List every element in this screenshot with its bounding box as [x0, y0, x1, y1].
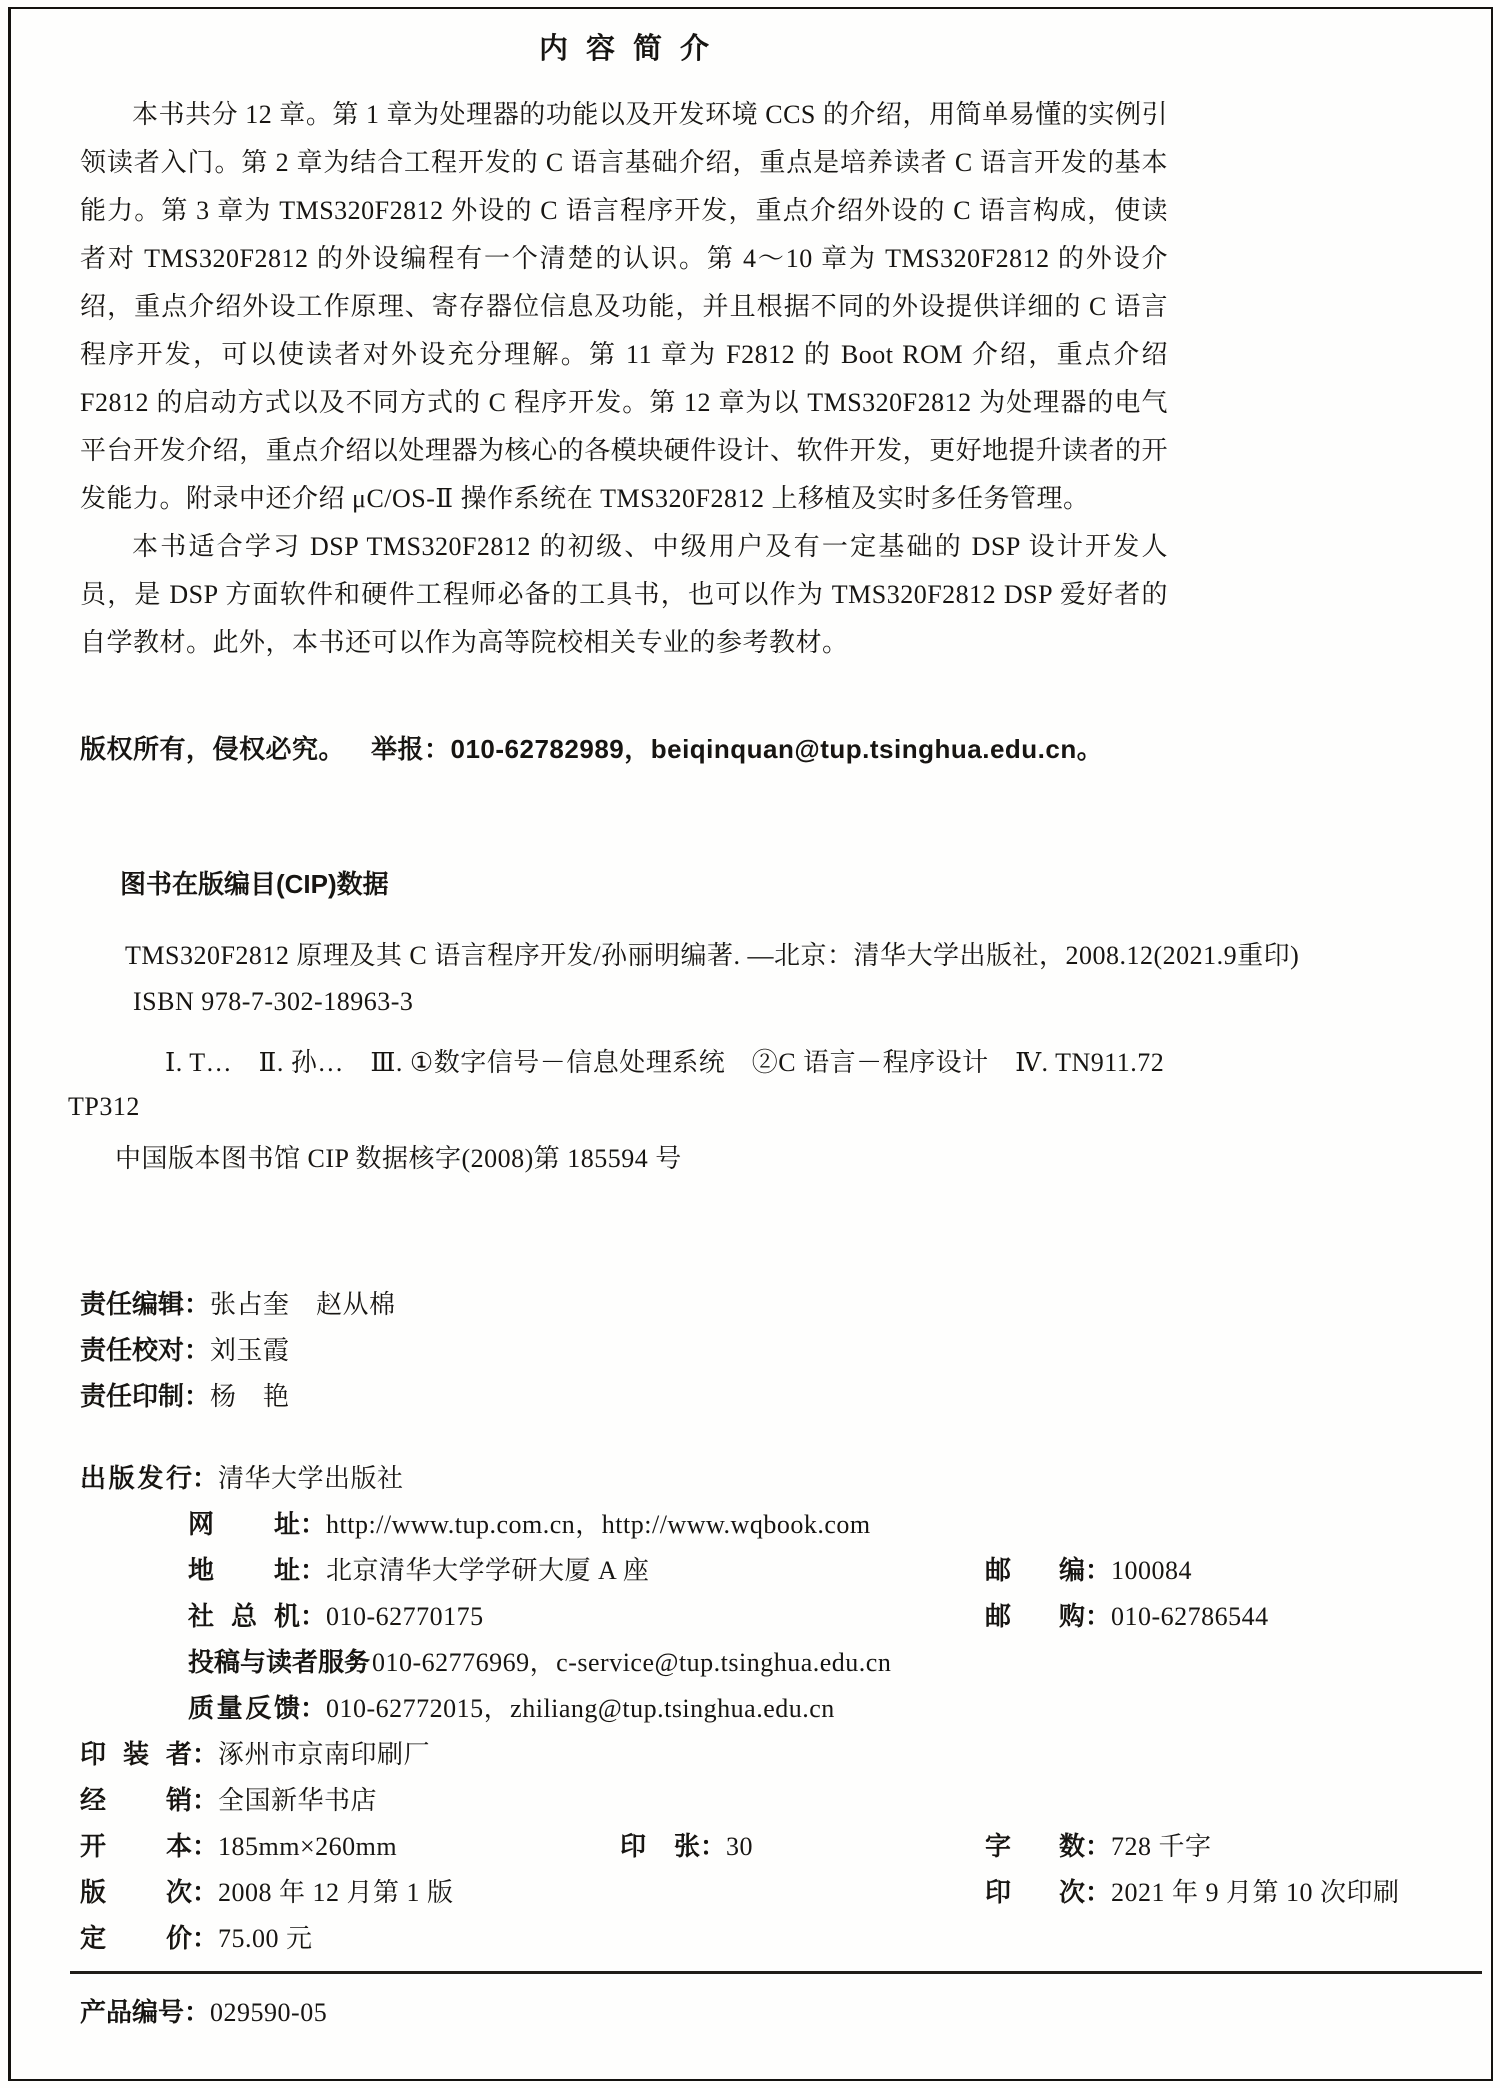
- colon: ：: [192, 1785, 218, 1815]
- pub-label: 定价: [80, 1915, 192, 1961]
- colon: ：: [1085, 1831, 1111, 1861]
- pub-label: 质量反馈: [188, 1685, 300, 1731]
- pub-row-price: 定价：75.00 元: [80, 1915, 1440, 1961]
- pub-label: 经销: [80, 1777, 192, 1823]
- credit-label: 责任编辑: [80, 1289, 184, 1319]
- colon: ：: [192, 1831, 218, 1861]
- colon: ：: [192, 1877, 218, 1907]
- pub-mid-label: 印张: [620, 1823, 700, 1869]
- credit-row-editor: 责任编辑：张占奎 赵从棉: [80, 1281, 1440, 1327]
- colon: ：: [184, 1335, 210, 1365]
- pub-value: 清华大学出版社: [218, 1464, 404, 1493]
- credit-row-print-supervisor: 责任印制：杨 艳: [80, 1373, 1440, 1419]
- pub-label: 网址: [188, 1501, 300, 1547]
- pub-right-value: 728 千字: [1111, 1832, 1212, 1861]
- pub-row-publisher: 出版发行：清华大学出版社: [80, 1455, 1440, 1501]
- colon: ：: [192, 1923, 218, 1953]
- colon: ：: [300, 1693, 326, 1723]
- pub-row-format: 开本：185mm×260mm 印张：30 字数：728 千字: [80, 1823, 1440, 1869]
- pub-label: 出版发行: [80, 1455, 192, 1501]
- credit-value: 张占奎 赵从棉: [210, 1290, 396, 1319]
- pub-right-value: 010-62786544: [1111, 1602, 1269, 1631]
- colon: ：: [1085, 1601, 1111, 1631]
- pub-right-label: 印次: [985, 1869, 1085, 1915]
- pub-label: 社总机: [188, 1593, 300, 1639]
- colon: ：: [300, 1509, 326, 1539]
- pub-right-label: 邮购: [985, 1593, 1085, 1639]
- pub-value: 010-62776969，c-service@tup.tsinghua.edu.…: [372, 1648, 891, 1677]
- pub-row-website: 网址：http://www.tup.com.cn，http://www.wqbo…: [80, 1501, 1440, 1547]
- colon: ：: [300, 1555, 326, 1585]
- pub-row-switchboard: 社总机：010-62770175 邮购：010-62786544: [80, 1593, 1440, 1639]
- book-summary: 本书共分 12 章。第 1 章为处理器的功能以及开发环境 CCS 的介绍，用简单…: [80, 91, 1168, 667]
- pub-row-reader-service: 投稿与读者服务：010-62776969，c-service@tup.tsing…: [80, 1639, 1440, 1685]
- publishing-section: 出版发行：清华大学出版社 网址：http://www.tup.com.cn，ht…: [80, 1455, 1440, 1961]
- colon: ：: [1085, 1877, 1111, 1907]
- pub-value: 010-62770175: [326, 1602, 484, 1631]
- pub-right-value: 100084: [1111, 1556, 1192, 1585]
- pub-right-value: 2021 年 9 月第 10 次印刷: [1111, 1878, 1400, 1907]
- pub-right-printing: 印次：2021 年 9 月第 10 次印刷: [985, 1869, 1400, 1916]
- pub-row-printer: 印装者：涿州市京南印刷厂: [80, 1731, 1440, 1777]
- pub-value: 010-62772015，zhiliang@tup.tsinghua.edu.c…: [326, 1694, 835, 1723]
- cip-classification: Ⅰ. T… Ⅱ. 孙… Ⅲ. ①数字信号－信息处理系统 ②C 语言－程序设计 Ⅳ…: [165, 1041, 1465, 1085]
- product-number-label: 产品编号: [80, 1997, 184, 2027]
- pub-mid-value: 30: [726, 1832, 753, 1861]
- copyright-notice-line: 版权所有，侵权必究。举报：010-62782989，beiqinquan@tup…: [80, 729, 1440, 766]
- pub-right-mailorder: 邮购：010-62786544: [985, 1593, 1269, 1640]
- colon: ：: [192, 1463, 218, 1493]
- cip-heading: 图书在版编目(CIP)数据: [120, 864, 1440, 901]
- summary-paragraph-1: 本书共分 12 章。第 1 章为处理器的功能以及开发环境 CCS 的介绍，用简单…: [80, 91, 1168, 523]
- colon: ：: [184, 1289, 210, 1319]
- colon: ：: [192, 1739, 218, 1769]
- pub-label: 版次: [80, 1869, 192, 1915]
- pub-mid-sheets: 印张：30: [620, 1823, 753, 1870]
- pub-value: 2008 年 12 月第 1 版: [218, 1878, 454, 1907]
- pub-value: 涿州市京南印刷厂: [218, 1740, 430, 1769]
- cip-isbn: ISBN 978-7-302-18963-3: [133, 979, 1440, 1025]
- credit-label: 责任校对: [80, 1335, 184, 1365]
- book-copyright-page: 内容简介 本书共分 12 章。第 1 章为处理器的功能以及开发环境 CCS 的介…: [0, 0, 1500, 2088]
- cip-class-code: TP312: [68, 1085, 1440, 1129]
- colon: ：: [184, 1997, 210, 2027]
- pub-row-address: 地址：北京清华大学学研大厦 A 座 邮编：100084: [80, 1547, 1440, 1593]
- credits-section: 责任编辑：张占奎 赵从棉 责任校对：刘玉霞 责任印制：杨 艳: [80, 1281, 1440, 1419]
- colon: ：: [184, 1381, 210, 1411]
- colon: ：: [346, 1647, 372, 1677]
- page-title: 内容简介: [80, 26, 1168, 67]
- colon: ：: [300, 1601, 326, 1631]
- pub-label: 开本: [80, 1823, 192, 1869]
- cip-title-line: TMS320F2812 原理及其 C 语言程序开发/孙丽明编著. —北京：清华大…: [125, 933, 1455, 979]
- pub-right-label: 邮编: [985, 1547, 1085, 1593]
- pub-value: 75.00 元: [218, 1924, 313, 1953]
- credit-label: 责任印制: [80, 1381, 184, 1411]
- pub-value: http://www.tup.com.cn，http://www.wqbook.…: [326, 1510, 871, 1539]
- pub-label: 地址: [188, 1547, 300, 1593]
- page-content: 内容简介 本书共分 12 章。第 1 章为处理器的功能以及开发环境 CCS 的介…: [0, 0, 1500, 2088]
- pub-value: 185mm×260mm: [218, 1832, 397, 1861]
- pub-row-distributor: 经销：全国新华书店: [80, 1777, 1440, 1823]
- credit-value: 刘玉霞: [210, 1336, 290, 1365]
- copyright-notice: 版权所有，侵权必究。: [80, 734, 345, 764]
- product-number-line: 产品编号：029590-05: [80, 1990, 1440, 2035]
- pub-row-quality-feedback: 质量反馈：010-62772015，zhiliang@tup.tsinghua.…: [80, 1685, 1440, 1731]
- pub-right-postcode: 邮编：100084: [985, 1547, 1192, 1594]
- pub-value: 全国新华书店: [218, 1786, 377, 1815]
- pub-right-label: 字数: [985, 1823, 1085, 1869]
- pub-label: 投稿与读者服务: [188, 1639, 346, 1685]
- divider-rule: [70, 1971, 1482, 1974]
- pub-value: 北京清华大学学研大厦 A 座: [326, 1556, 649, 1585]
- product-number-value: 029590-05: [210, 1998, 327, 2027]
- piracy-report-contact: 举报：010-62782989，beiqinquan@tup.tsinghua.…: [371, 734, 1103, 764]
- colon: ：: [1085, 1555, 1111, 1585]
- credit-value: 杨 艳: [210, 1382, 290, 1411]
- pub-row-edition: 版次：2008 年 12 月第 1 版 印次：2021 年 9 月第 10 次印…: [80, 1869, 1440, 1915]
- credit-row-proofreader: 责任校对：刘玉霞: [80, 1327, 1440, 1373]
- colon: ：: [700, 1831, 726, 1861]
- cip-record-number: 中国版本图书馆 CIP 数据核字(2008)第 185594 号: [115, 1139, 1440, 1179]
- pub-right-wordcount: 字数：728 千字: [985, 1823, 1212, 1870]
- pub-label: 印装者: [80, 1731, 192, 1777]
- summary-paragraph-2: 本书适合学习 DSP TMS320F2812 的初级、中级用户及有一定基础的 D…: [80, 523, 1168, 667]
